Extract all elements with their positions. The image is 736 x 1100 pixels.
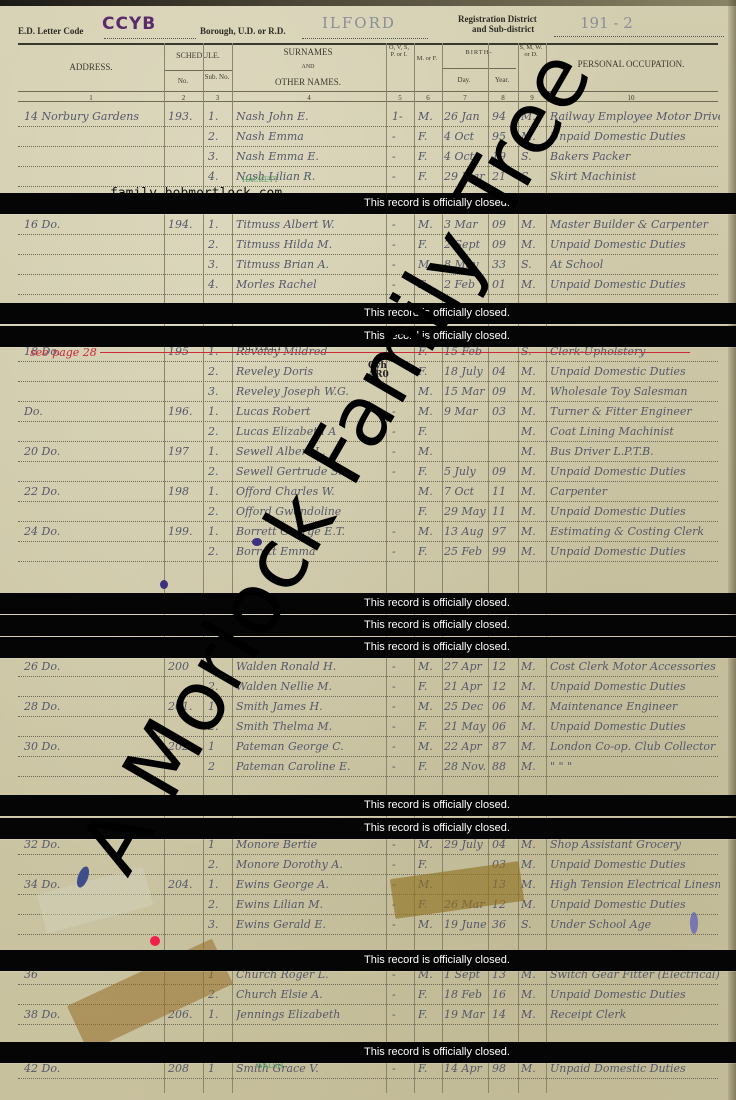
row-rule	[18, 166, 718, 167]
cell-name: Monore Bertie	[236, 838, 384, 851]
header-top-rule	[18, 43, 718, 45]
page-edge-top	[0, 0, 736, 6]
col-surnames: SURNAMES	[232, 48, 384, 57]
cell-address: 16 Do.	[24, 218, 160, 231]
page-edge-right	[728, 0, 736, 1100]
redaction-bar: This record is officially closed.	[0, 1042, 736, 1063]
row-rule	[18, 561, 718, 562]
cell-mf: F.	[418, 545, 440, 558]
row-rule	[18, 716, 718, 717]
cell-occupation: Unpaid Domestic Duties	[550, 858, 720, 871]
cell-name: Monore Dorothy A.	[236, 858, 384, 871]
cell-ovspi: -	[392, 700, 412, 713]
cell-smwd: M.	[521, 485, 545, 498]
redaction-bar: This record is officially closed.	[0, 593, 736, 614]
row-rule	[18, 521, 718, 522]
header-bottom-rule	[18, 91, 718, 92]
col-other-names: OTHER NAMES.	[232, 78, 384, 87]
cell-ovspi: -	[392, 1008, 412, 1021]
cell-name: Nash Emma E.	[236, 150, 384, 163]
cell-year: 04	[492, 365, 518, 378]
cell-occupation: Turner & Fitter Engineer	[550, 405, 720, 418]
col-schedule: SCHEDULE.	[164, 52, 232, 60]
cell-mf: F.	[418, 760, 440, 773]
cell-year: 04	[492, 838, 518, 851]
cell-occupation: Shop Assistant Grocery	[550, 838, 720, 851]
cell-day: 14 Apr	[444, 1062, 488, 1075]
row-rule	[18, 541, 718, 542]
borough-label: Borough, U.D. or R.D.	[200, 26, 286, 36]
cell-ovspi: -	[392, 918, 412, 931]
row-rule	[18, 934, 718, 935]
cell-name: Pateman George C.	[236, 740, 384, 753]
cell-occupation: Unpaid Domestic Duties	[550, 680, 720, 693]
cell-sub: 1.	[208, 485, 230, 498]
column-number: 7	[442, 94, 488, 102]
cell-mf: M.	[418, 838, 440, 851]
see-page-annotation: see page 28	[30, 346, 97, 359]
cell-smwd: M.	[521, 660, 545, 673]
cell-ovspi: -	[392, 218, 412, 231]
schedule-sub-rule	[164, 70, 232, 71]
cell-sub: 1.	[208, 218, 230, 231]
cell-smwd: M.	[521, 838, 545, 851]
cell-sub: 2.	[208, 238, 230, 251]
cell-day: 9 Mar	[444, 405, 488, 418]
cell-sub: 2.	[208, 858, 230, 871]
cell-sub: 4.	[208, 170, 230, 183]
cell-occupation: Unpaid Domestic Duties	[550, 365, 720, 378]
cell-mf: F.	[418, 680, 440, 693]
cell-year: 06	[492, 720, 518, 733]
cell-day: 13 Aug	[444, 525, 488, 538]
row-rule	[18, 254, 718, 255]
cell-address: 42 Do.	[24, 1062, 160, 1075]
cell-mf: F.	[418, 720, 440, 733]
cell-occupation: Unpaid Domestic Duties	[550, 720, 720, 733]
cell-mf: F.	[418, 858, 440, 871]
cell-mf: F.	[418, 988, 440, 1001]
column-number: 1	[18, 94, 164, 102]
cell-year: 09	[492, 465, 518, 478]
cell-day: 19 Mar	[444, 1008, 488, 1021]
cell-occupation: Skirt Machinist	[550, 170, 720, 183]
redaction-text: This record is officially closed.	[364, 1046, 510, 1058]
col-address: ADDRESS.	[18, 63, 164, 72]
cell-ovspi: 1-	[392, 110, 412, 123]
cell-mf: M.	[418, 525, 440, 538]
ed-code-dotted-line	[104, 38, 196, 39]
cell-ovspi: -	[392, 838, 412, 851]
cell-mf: M.	[418, 445, 440, 458]
cell-sub: 2.	[208, 425, 230, 438]
cell-sub: 2.	[208, 465, 230, 478]
cell-mf: F.	[418, 505, 440, 518]
col-schedule-no: No.	[164, 78, 202, 85]
cell-smwd: M.	[521, 740, 545, 753]
cell-ovspi: -	[392, 740, 412, 753]
col-birth: BIRTH-	[442, 50, 516, 57]
cell-occupation: Bus Driver L.P.T.B.	[550, 445, 720, 458]
cell-year: 98	[492, 1062, 518, 1075]
cell-sub: 3.	[208, 385, 230, 398]
cell-name: Pateman Caroline E.	[236, 760, 384, 773]
cell-occupation: Unpaid Domestic Duties	[550, 505, 720, 518]
cell-occupation: Wholesale Toy Salesman	[550, 385, 720, 398]
cell-mf: M.	[418, 110, 440, 123]
cell-smwd: M.	[521, 700, 545, 713]
cell-occupation: Unpaid Domestic Duties	[550, 1062, 720, 1075]
ink-blot	[690, 912, 698, 934]
redaction-bar: This record is officially closed.	[0, 950, 736, 971]
cell-name: Titmuss Hilda M.	[236, 238, 384, 251]
cell-name: Ewins Gerald E.	[236, 918, 384, 931]
cell-sub: 1.	[208, 445, 230, 458]
col-surnames-and: AND	[232, 64, 384, 70]
cell-name: Nash Emma	[236, 130, 384, 143]
cell-ovspi: -	[392, 465, 412, 478]
cell-ovspi: -	[392, 170, 412, 183]
cell-sched: 193.	[168, 110, 202, 123]
cell-day: 18 Feb	[444, 988, 488, 1001]
row-rule	[18, 126, 718, 127]
ink-blot	[150, 936, 160, 946]
cell-mf: M.	[418, 740, 440, 753]
cell-occupation: High Tension Electrical Linesman	[550, 878, 720, 891]
cell-ovspi: -	[392, 1062, 412, 1075]
cell-smwd: M.	[521, 898, 545, 911]
col-birth-day: Day.	[442, 77, 486, 84]
cell-year: 03	[492, 405, 518, 418]
redaction-bar: This record is officially closed.	[0, 615, 736, 636]
row-rule	[18, 914, 718, 915]
cell-smwd: M.	[521, 405, 545, 418]
cell-name: Ewins Lilian M.	[236, 898, 384, 911]
cell-smwd: M.	[521, 545, 545, 558]
cell-smwd: M.	[521, 988, 545, 1001]
cell-mf: M.	[418, 700, 440, 713]
cell-year: 87	[492, 740, 518, 753]
cell-occupation: " " "	[550, 760, 720, 773]
row-rule	[18, 1078, 718, 1079]
cell-name: Church Elsie A.	[236, 988, 384, 1001]
cell-sub: 3.	[208, 150, 230, 163]
redaction-text: This record is officially closed.	[364, 799, 510, 811]
row-rule	[18, 294, 718, 295]
cell-ovspi: -	[392, 660, 412, 673]
cell-occupation: Master Builder & Carpenter	[550, 218, 720, 231]
cell-smwd: S.	[521, 258, 545, 271]
column-number: 6	[414, 94, 442, 102]
cell-occupation: At School	[550, 258, 720, 271]
cell-year: 11	[492, 485, 518, 498]
cell-smwd: M.	[521, 385, 545, 398]
cell-ovspi: -	[392, 680, 412, 693]
cell-smwd: M.	[521, 1062, 545, 1075]
cell-smwd: M.	[521, 278, 545, 291]
cell-ovspi: -	[392, 150, 412, 163]
cell-sched: 199.	[168, 525, 202, 538]
row-rule	[18, 676, 718, 677]
cell-year: 12	[492, 660, 518, 673]
cell-year: 99	[492, 545, 518, 558]
cell-year: 12	[492, 680, 518, 693]
cell-year: 16	[492, 988, 518, 1001]
borough-dotted-line	[302, 38, 428, 39]
cell-mf: F.	[418, 150, 440, 163]
cell-year: 14	[492, 1008, 518, 1021]
cell-year: 97	[492, 525, 518, 538]
cell-sub: 1.	[208, 525, 230, 538]
cell-smwd: M.	[521, 445, 545, 458]
col-mf: M. or F.	[414, 56, 440, 63]
cell-sub: 1	[208, 1062, 230, 1075]
cell-occupation: Bakers Packer	[550, 150, 720, 163]
cell-address: Do.	[24, 405, 160, 418]
cell-sub: 3.	[208, 258, 230, 271]
cell-address: 26 Do.	[24, 660, 160, 673]
cell-smwd: M.	[521, 505, 545, 518]
walsh-correction: WALSH	[256, 1062, 283, 1070]
cell-occupation: Maintenance Engineer	[550, 700, 720, 713]
cell-day: 21 Apr	[444, 680, 488, 693]
cell-smwd: M.	[521, 760, 545, 773]
borough-value: ILFORD	[322, 14, 396, 32]
cell-sched: 197	[168, 445, 202, 458]
cell-smwd: M.	[521, 878, 545, 891]
cell-mf: F.	[418, 1062, 440, 1075]
cell-mf: F.	[418, 130, 440, 143]
cell-smwd: M.	[521, 365, 545, 378]
cell-sub: 1.	[208, 878, 230, 891]
cell-day: 15 Mar	[444, 385, 488, 398]
cell-sub: 2.	[208, 505, 230, 518]
cell-sub: 1.	[208, 405, 230, 418]
cell-occupation: Carpenter	[550, 485, 720, 498]
cell-occupation: Unpaid Domestic Duties	[550, 238, 720, 251]
cell-sched: 196.	[168, 405, 202, 418]
cell-ovspi: -	[392, 525, 412, 538]
cell-name: Nash John E.	[236, 110, 384, 123]
cell-occupation: Estimating & Costing Clerk	[550, 525, 720, 538]
cell-smwd: S.	[521, 918, 545, 931]
cell-occupation: Unpaid Domestic Duties	[550, 988, 720, 1001]
cell-ovspi: -	[392, 760, 412, 773]
cell-name: Morles Rachel	[236, 278, 384, 291]
cell-sub: 1	[208, 838, 230, 851]
hackett-correction: HACKETT	[242, 176, 278, 184]
column-number: 3	[203, 94, 232, 102]
cell-occupation: Coat Lining Machinist	[550, 425, 720, 438]
cell-occupation: Unpaid Domestic Duties	[550, 898, 720, 911]
reg-district-value: 191 - 2	[580, 14, 633, 32]
redaction-text: This record is officially closed.	[364, 954, 510, 966]
cell-occupation: Unpaid Domestic Duties	[550, 278, 720, 291]
cell-sub: 2.	[208, 365, 230, 378]
redaction-bar: This record is officially closed.	[0, 637, 736, 658]
cell-mf: M.	[418, 660, 440, 673]
cell-day: 28 Nov.	[444, 760, 488, 773]
row-rule	[18, 234, 718, 235]
cell-sub: 1.	[208, 1008, 230, 1021]
cell-mf: M.	[418, 918, 440, 931]
cell-ovspi: -	[392, 988, 412, 1001]
cell-ovspi: -	[392, 858, 412, 871]
row-rule	[18, 146, 718, 147]
cell-smwd: M.	[521, 425, 545, 438]
cell-mf: F.	[418, 170, 440, 183]
cell-sub: 1.	[208, 110, 230, 123]
cell-year: 09	[492, 385, 518, 398]
cell-sub: 4.	[208, 278, 230, 291]
redaction-text: This record is officially closed.	[364, 619, 510, 631]
ed-letter-code-stamp: CCYB	[102, 14, 156, 34]
cell-smwd: M.	[521, 680, 545, 693]
ink-blot	[160, 580, 168, 589]
cell-day: 7 Oct	[444, 485, 488, 498]
cell-name: Smith James H.	[236, 700, 384, 713]
cell-smwd: M.	[521, 465, 545, 478]
cell-day: 25 Dec	[444, 700, 488, 713]
cell-day: 5 July	[444, 465, 488, 478]
reg-district-dotted-line	[554, 36, 724, 37]
cell-sched: 208	[168, 1062, 202, 1075]
cell-year: 88	[492, 760, 518, 773]
cell-year: 06	[492, 700, 518, 713]
cell-day: 18 July	[444, 365, 488, 378]
cell-smwd: M.	[521, 858, 545, 871]
redaction-text: This record is officially closed.	[364, 597, 510, 609]
cell-smwd: M.	[521, 525, 545, 538]
redaction-text: This record is officially closed.	[364, 822, 510, 834]
cell-occupation: Cost Clerk Motor Accessories	[550, 660, 720, 673]
cell-name: Titmuss Albert W.	[236, 218, 384, 231]
cell-day: 19 June	[444, 918, 488, 931]
column-number: 4	[232, 94, 386, 102]
cell-sched: 198	[168, 485, 202, 498]
cell-address: 22 Do.	[24, 485, 160, 498]
cell-day: 21 May	[444, 720, 488, 733]
cell-sub: 2.	[208, 130, 230, 143]
cell-ovspi: -	[392, 545, 412, 558]
cell-name: Titmuss Brian A.	[236, 258, 384, 271]
column-number: 5	[386, 94, 414, 102]
cell-day: 22 Apr	[444, 740, 488, 753]
col-ovspi: O, V, S, P. or I.	[386, 45, 412, 59]
cell-mf: M.	[418, 485, 440, 498]
cell-occupation: Unpaid Domestic Duties	[550, 465, 720, 478]
cell-day: 25 Feb	[444, 545, 488, 558]
cell-smwd: M.	[521, 238, 545, 251]
row-rule	[18, 274, 718, 275]
ed-letter-code-label: E.D. Letter Code	[18, 26, 83, 36]
cell-smwd: M.	[521, 720, 545, 733]
column-number: 2	[164, 94, 203, 102]
redaction-bar: This record is officially closed.	[0, 193, 736, 214]
cell-day: 29 July	[444, 838, 488, 851]
reg-district-label-1: Registration District	[458, 14, 537, 24]
census-page: E.D. Letter Code Borough, U.D. or R.D. R…	[0, 0, 736, 1100]
cell-name: Ewins George A.	[236, 878, 384, 891]
cell-day: 29 May	[444, 505, 488, 518]
cell-name: Smith Thelma M.	[236, 720, 384, 733]
cell-sub: 2.	[208, 898, 230, 911]
cell-sched: 204.	[168, 878, 202, 891]
cell-address: 14 Norbury Gardens	[24, 110, 160, 123]
cell-mf: F.	[418, 465, 440, 478]
cell-mf: F.	[418, 425, 440, 438]
cell-name: Jennings Elizabeth	[236, 1008, 384, 1021]
cell-ovspi: -	[392, 720, 412, 733]
cell-day: 27 Apr	[444, 660, 488, 673]
cell-year: 11	[492, 505, 518, 518]
cell-occupation: Unpaid Domestic Duties	[550, 545, 720, 558]
col-schedule-sub: Sub. No.	[203, 74, 231, 81]
cell-year: 36	[492, 918, 518, 931]
cell-smwd: M.	[521, 1008, 545, 1021]
redaction-text: This record is officially closed.	[364, 641, 510, 653]
row-rule	[18, 696, 718, 697]
cell-occupation: London Co-op. Club Collector	[550, 740, 720, 753]
cell-mf: F.	[418, 1008, 440, 1021]
cell-address: 20 Do.	[24, 445, 160, 458]
cell-occupation: Receipt Clerk	[550, 1008, 720, 1021]
cell-address: 24 Do.	[24, 525, 160, 538]
cell-sub: 3.	[208, 918, 230, 931]
cell-sched: 194.	[168, 218, 202, 231]
cell-ovspi: -	[392, 130, 412, 143]
